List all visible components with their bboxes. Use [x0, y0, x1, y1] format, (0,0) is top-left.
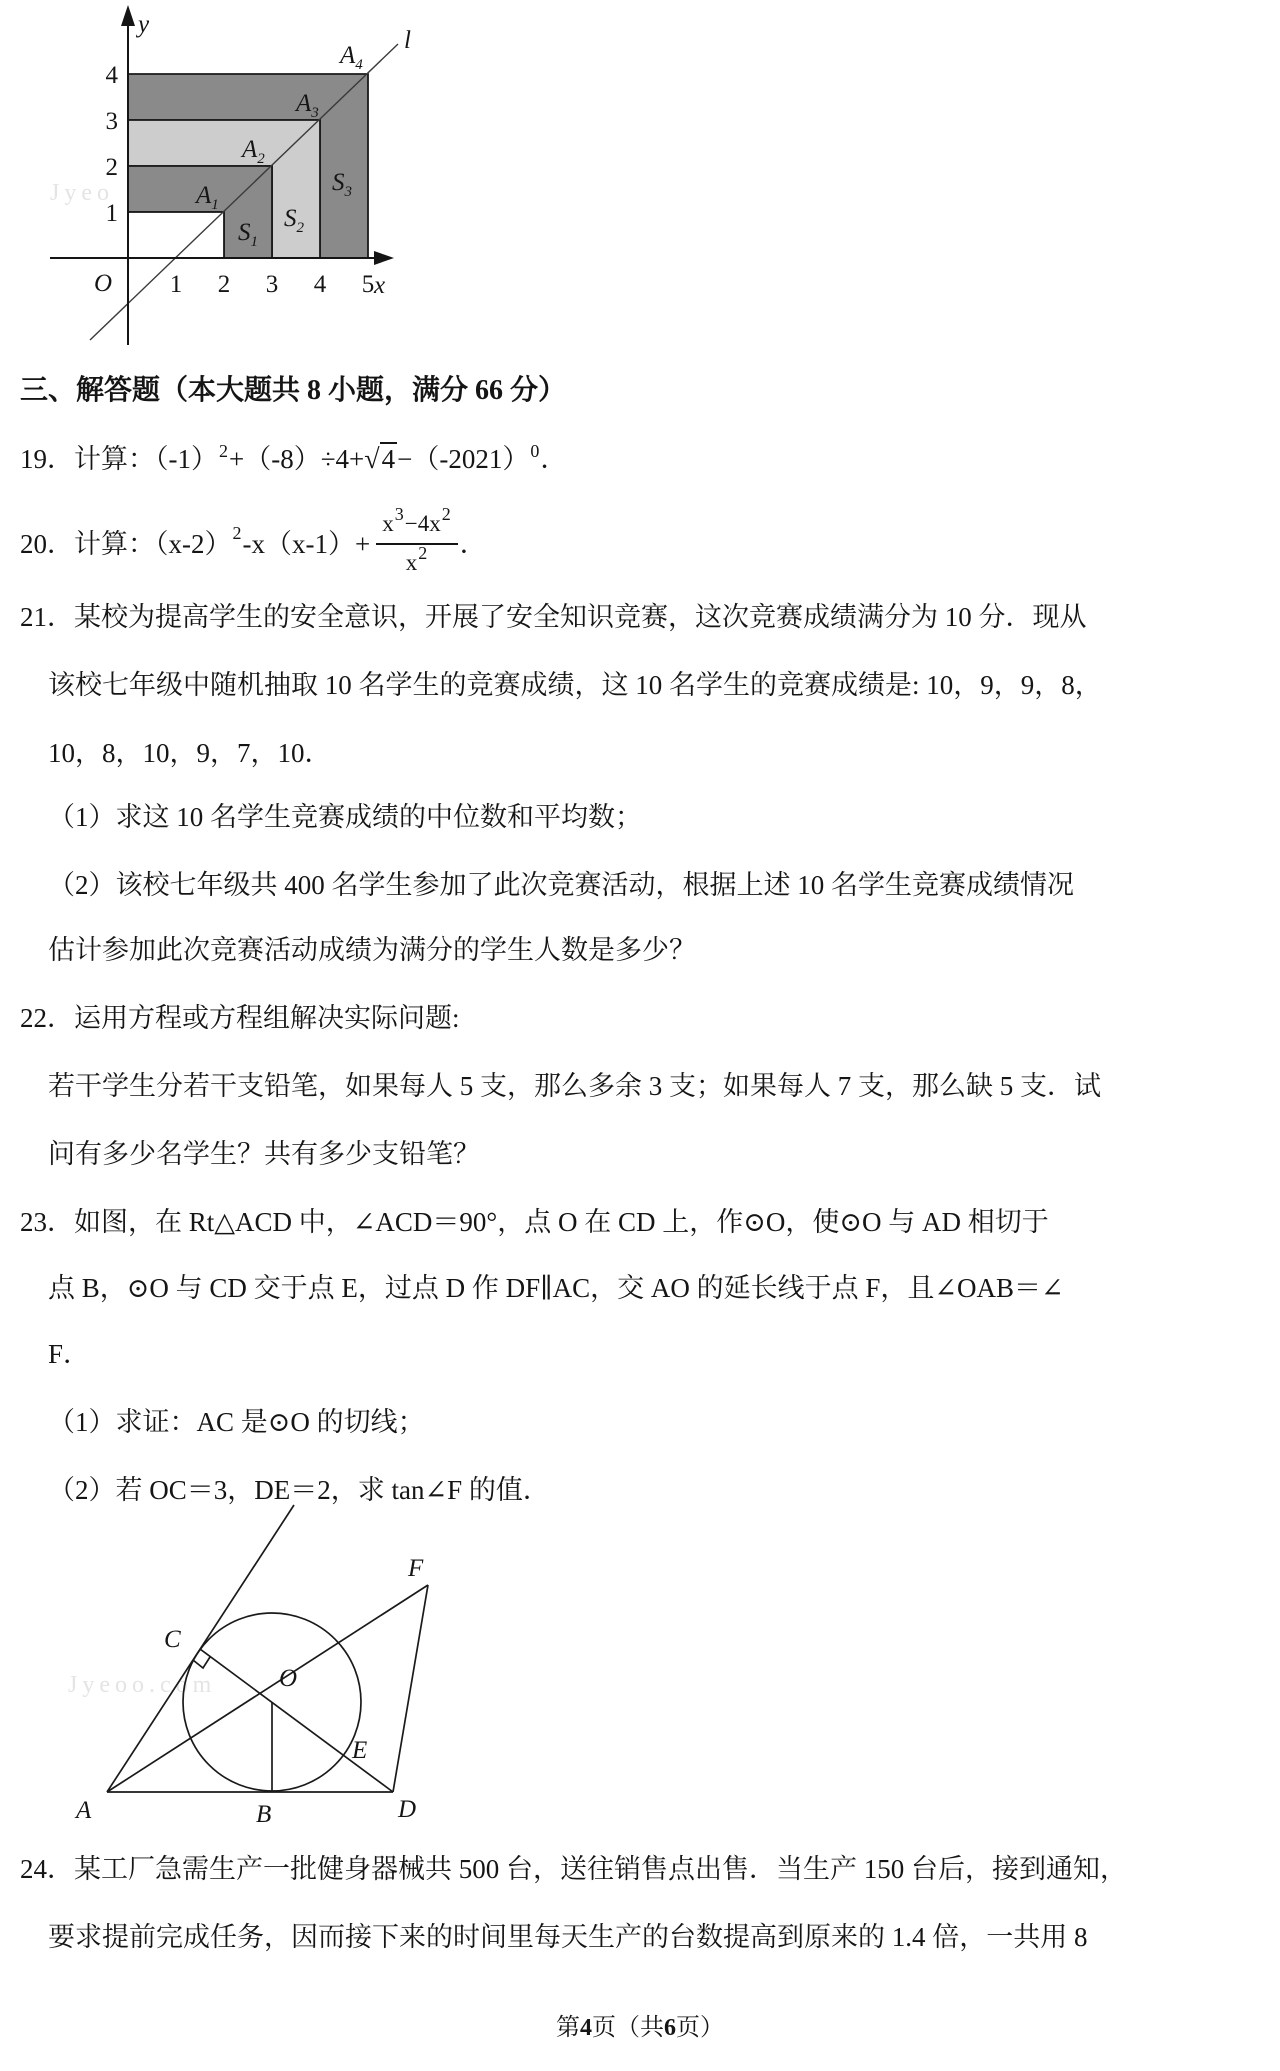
point-o-label: O: [279, 1665, 297, 1692]
p19-pre: 19．计算：（-1）: [20, 444, 218, 474]
p19-radicand: 4: [380, 442, 398, 474]
problem-20-line: 20．计算：（x-2）2-x（x-1）+ x3−4x2 x2 ．: [20, 500, 487, 588]
figure-coordinate-squares: Jyeo y x O l 1 2 3 4 5 1 2 3 4 A1 A2 A3 …: [0, 0, 430, 358]
point-f-label: F: [407, 1555, 424, 1582]
y-axis-arrow-icon: [121, 5, 135, 26]
p20-fraction-numerator: x3−4x2: [376, 507, 457, 545]
unit-rectangle: [128, 212, 224, 258]
x-axis-label: x: [373, 272, 385, 299]
p20-end: ．: [460, 527, 487, 561]
x-tick-3: 3: [266, 271, 279, 298]
x-tick-2: 2: [218, 271, 231, 298]
footer-text: 第: [556, 2015, 580, 2041]
problem-21-line-2: 该校七年级中随机抽取 10 名学生的竞赛成绩，这 10 名学生的竞赛成绩是: 1…: [48, 668, 1102, 702]
point-a4-label: A4: [338, 42, 363, 73]
problem-21-line-3: 10，8，10，9，7，10．: [48, 736, 332, 770]
problem-21-subq-1: （1）求这 10 名学生竞赛成绩的中位数和平均数；: [48, 800, 642, 834]
line-l-label: l: [404, 27, 411, 54]
p20-mid: -x（x-1）+: [243, 527, 371, 561]
p20-pre: 20．计算：（x-2）: [20, 527, 232, 561]
x-tick-1: 1: [170, 271, 183, 298]
p20-fraction-denominator: x2: [376, 545, 457, 581]
problem-22-line-2: 若干学生分若干支铅笔，如果每人 5 支，那么多余 3 支；如果每人 7 支，那么…: [48, 1069, 1101, 1103]
point-d-label: D: [397, 1796, 416, 1823]
problem-23-line-1: 23．如图，在 Rt△ACD 中，∠ACD＝90°，点 O 在 CD 上，作⊙O…: [20, 1205, 1049, 1239]
problem-23-line-3: F．: [48, 1337, 90, 1371]
watermark-text: Jyeo: [50, 180, 114, 206]
right-angle-mark: [193, 1657, 210, 1668]
p19-exponent-2: 2: [218, 441, 229, 461]
y-tick-1: 1: [106, 200, 119, 227]
exam-page: { "heading": "三、解答题（本大题共 8 小题，满分 66 分）",…: [0, 0, 1280, 2071]
point-b-label: B: [256, 1801, 271, 1828]
problem-22-line-1: 22．运用方程或方程组解决实际问题:: [20, 1001, 460, 1035]
p19-mid2: −（-2021）: [397, 444, 529, 474]
segment-ac-extended: [107, 1505, 294, 1792]
y-axis-label: y: [135, 11, 150, 38]
problem-23-subq-1: （1）求证：AC 是⊙O 的切线；: [48, 1405, 425, 1439]
footer-total-pages: 6: [664, 2015, 676, 2041]
p19-exponent-0: 0: [529, 441, 540, 461]
problem-21-subq-2-line-1: （2）该校七年级共 400 名学生参加了此次竞赛活动，根据上述 10 名学生竞赛…: [48, 868, 1074, 902]
figure-circle-geometry: Jyeoo.com A B C D E F O: [0, 1500, 470, 1845]
point-e-label: E: [351, 1737, 367, 1764]
segment-df: [393, 1585, 428, 1792]
section-heading: 三、解答题（本大题共 8 小题，满分 66 分）: [20, 374, 566, 408]
origin-label: O: [94, 270, 112, 297]
x-axis-arrow-icon: [374, 251, 394, 265]
point-a-label: A: [74, 1797, 92, 1824]
problem-21-line-1: 21．某校为提高学生的安全意识，开展了安全知识竞赛，这次竞赛成绩满分为 10 分…: [20, 600, 1087, 634]
problem-24-line-1: 24．某工厂急需生产一批健身器械共 500 台，送往销售点出售．当生产 150 …: [20, 1852, 1127, 1886]
y-tick-4: 4: [106, 62, 119, 89]
problem-24-line-2: 要求提前完成任务，因而接下来的时间里每天生产的台数提高到原来的 1.4 倍，一共…: [48, 1920, 1088, 1954]
p19-end: ．: [540, 444, 567, 474]
x-tick-4: 4: [314, 271, 327, 298]
watermark-text: Jyeoo.com: [68, 1672, 216, 1698]
sqrt-icon: √: [364, 444, 379, 475]
page-footer: 第4页（共6页）: [0, 2007, 1280, 2042]
problem-19-line: 19．计算：（-1）2+（-8）÷4+√4−（-2021）0．: [20, 442, 567, 479]
problem-23-line-2: 点 B，⊙O 与 CD 交于点 E，过点 D 作 DF∥AC，交 AO 的延长线…: [48, 1271, 1064, 1305]
y-tick-2: 2: [106, 154, 119, 181]
point-c-label: C: [164, 1626, 181, 1653]
y-tick-3: 3: [106, 108, 119, 135]
problem-22-line-3: 问有多少名学生？共有多少支铅笔？: [48, 1137, 480, 1171]
p20-fraction: x3−4x2 x2: [376, 507, 457, 581]
p20-exponent-2: 2: [232, 516, 243, 550]
p19-mid: +（-8）÷4+: [229, 444, 364, 474]
x-tick-5: 5: [362, 271, 375, 298]
problem-21-subq-2-line-2: 估计参加此次竞赛活动成绩为满分的学生人数是多少？: [48, 933, 696, 967]
footer-page-number: 4: [580, 2015, 592, 2041]
